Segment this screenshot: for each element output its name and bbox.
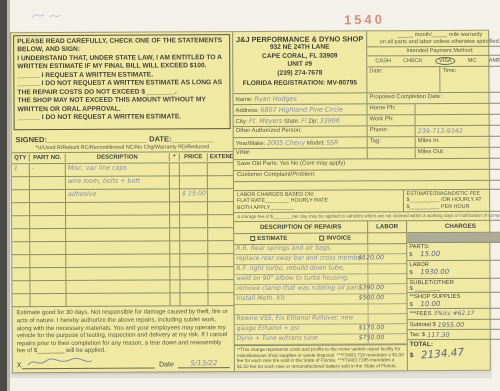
date-time-row: Date: Time:	[367, 67, 500, 93]
customer-state: Fl	[301, 117, 306, 125]
home-ph-label: Home Ph:	[367, 104, 415, 114]
price-cell: $ 15.00	[180, 190, 208, 202]
address-label: Address:	[236, 108, 259, 114]
total-dollar-sign: $	[410, 352, 414, 359]
partno-cell: -	[30, 164, 66, 176]
table-row	[12, 216, 233, 230]
shop-name: J&J PERFORMANCE & DYNO SHOP	[233, 34, 366, 44]
vin-label: VIN#:	[234, 148, 368, 159]
table-row: wire loom, bolts + batt	[12, 177, 233, 191]
pencil-mark	[30, 8, 64, 22]
miles-out-label: Miles Out:	[416, 148, 500, 159]
fees-box: ***FEES 3%/cc #62.17	[408, 309, 500, 321]
partno-cell	[30, 190, 66, 202]
extend-header: EXTEND	[208, 154, 233, 162]
shaded-bar	[407, 233, 500, 244]
warranty-block: _____ month/_____ mile warranty on all p…	[367, 31, 500, 93]
charges-column: CHARGES PARTS: $ 15.00 LABOR $ 1930.00 S…	[407, 221, 500, 371]
charges-header: CHARGES	[407, 221, 500, 234]
partno-cell	[30, 177, 66, 189]
notice-line: ______ I DO NOT REQUEST A WRITTEN ESTIMA…	[17, 79, 226, 97]
description-cell: Misc. vac line caps	[66, 164, 170, 177]
signed-label: SIGNED:________________________	[16, 134, 147, 144]
work-ph-value	[416, 115, 500, 126]
table-row	[12, 294, 233, 308]
table-row	[12, 203, 233, 217]
proposed-completion-label: Proposed Completion Date:	[367, 93, 500, 104]
date-field: Date:	[367, 67, 439, 92]
table-row	[12, 242, 233, 256]
pay-amex: AMEX	[489, 58, 500, 64]
both-apply-line: BOTH APPLY________	[237, 204, 400, 211]
subtotal-value: 1955.00	[438, 320, 464, 328]
model-value: SSR	[326, 139, 338, 147]
repair-text: weld on 90° elbow to turbo housing,	[234, 274, 368, 284]
invoice-label: INVOICE	[326, 236, 351, 242]
total-value: 2134.47	[421, 346, 465, 361]
stamp-number: 1540	[344, 12, 385, 28]
table-row	[12, 281, 233, 295]
signature-scribble	[25, 356, 95, 368]
shop-header: J&J PERFORMANCE & DYNO SHOP 932 NE 24TH …	[233, 31, 367, 93]
tax-value: 117.30	[427, 330, 449, 338]
per-hour-line: $__________ PER HOUR	[407, 203, 500, 210]
pay-check: CHECK	[403, 58, 423, 64]
table-row	[12, 255, 233, 269]
customer-city: Ft. Meyers	[249, 117, 282, 125]
labor-column-header: LABOR	[368, 221, 406, 232]
repair-text: R.R. Rear springs and air bags,	[234, 244, 368, 254]
model-label: Model:	[307, 141, 325, 147]
name-label: Name:	[235, 97, 252, 103]
partno-header: PART NO.	[30, 154, 66, 162]
table-row: adhesive $ 15.00	[12, 190, 233, 204]
qty-cell	[12, 178, 30, 190]
invoice-checkbox	[319, 236, 324, 241]
notice-line: THE SHOP MAY NOT EXCEED THIS AMOUNT WITH…	[17, 96, 226, 114]
description-cell: adhesive	[66, 190, 170, 203]
description-header: DESCRIPTION	[66, 154, 170, 163]
price-cell	[180, 177, 208, 189]
zip-label: Zip:	[308, 119, 318, 125]
yearmake-label: Year/Make:	[236, 141, 266, 147]
customer-address: 6807 Highland Pine Circle	[260, 106, 343, 114]
repair-amount: $120.00	[358, 254, 396, 263]
tax-label: Tax: $	[410, 332, 425, 338]
total-label: TOTAL:	[410, 341, 433, 348]
repair-amount: $390.00	[358, 284, 396, 293]
warranty-text: _____ month/_____ mile warranty on all p…	[367, 31, 500, 48]
estimate-label: ESTIMATE	[257, 236, 287, 242]
notice-line: PLEASE READ CAREFULLY, CHECK ONE OF THE …	[17, 37, 226, 55]
miles-in-label: Miles In:	[416, 137, 500, 148]
repair-order-form: PLEASE READ CAREFULLY, CHECK ONE OF THE …	[10, 30, 491, 374]
table-row: 1 - Misc. vac line caps	[12, 164, 233, 178]
time-field: Time:	[440, 67, 500, 92]
signature-line	[21, 357, 155, 370]
notice-line: ______ I DO NOT REQUEST A WRITTEN ESTIMA…	[18, 113, 227, 123]
scanned-document: 1540 PLEASE READ CAREFULLY, CHECK ONE OF…	[0, 0, 500, 391]
repair-text: gauge Ethanol + psi	[235, 324, 369, 334]
repair-amount	[358, 264, 396, 273]
repair-amount	[358, 274, 396, 283]
labor-total: 1930.00	[420, 268, 449, 276]
estimate-invoice-row: ESTIMATE INVOICE	[234, 233, 406, 245]
shop-supplies-box: **SHOP SUPPLIES $ 10.00	[407, 293, 500, 310]
sublet-box: SUBLET/OTHER $ ________	[407, 279, 500, 294]
pay-mc: MC	[468, 58, 477, 64]
yearmake-value: 2005 Chevy	[267, 139, 305, 147]
notice-line: I UNDERSTAND THAT, UNDER STATE LAW, I AM…	[17, 54, 226, 72]
repair-text: Install Meth. Kit	[234, 294, 368, 304]
right-column: J&J PERFORMANCE & DYNO SHOP 932 NE 24TH …	[233, 31, 500, 371]
description-of-repairs-header: DESCRIPTION OF REPAIRS	[234, 221, 368, 233]
extend-cell	[208, 164, 233, 176]
pay-cash: CASH	[375, 58, 391, 64]
tag-label: Tag:	[368, 137, 416, 147]
signed-date-row: SIGNED:________________________ DATE:___…	[12, 131, 233, 146]
repair-amount: $170.00	[359, 324, 397, 333]
labor-total-box: LABOR $ 1930.00	[407, 261, 500, 280]
star-cell	[170, 164, 180, 176]
star-cell	[170, 177, 180, 189]
qty-header: QTY	[12, 155, 30, 163]
state-law-notice: PLEASE READ CAREFULLY, CHECK ONE OF THE …	[13, 34, 230, 130]
statutory-fine-print: **This charge represents costs and profi…	[235, 344, 407, 371]
parts-total: 15.00	[420, 250, 440, 258]
total-box: TOTAL: $ 2134.47	[408, 340, 500, 371]
repair-amount: $500.00	[358, 294, 396, 303]
qty-cell	[12, 191, 30, 203]
repair-text: R.F. right turbo, rebuild down tube,	[234, 264, 368, 274]
date-label: DATE:__________	[149, 134, 213, 144]
scan-shadow	[10, 372, 492, 378]
repair-amount	[359, 304, 397, 313]
left-column: PLEASE READ CAREFULLY, CHECK ONE OF THE …	[11, 32, 235, 372]
work-ph-label: Work Ph:	[368, 115, 416, 125]
pay-visa-circled: VISA	[435, 57, 456, 65]
star-header: *	[170, 154, 180, 162]
price-header: PRICE	[180, 154, 208, 162]
customer-zip: 33966	[320, 117, 340, 125]
fees-value: 3%/cc #62.17	[433, 311, 474, 317]
home-ph-value	[415, 104, 500, 115]
labor-charges-band: LABOR CHARGES BASED ON: FLAT RATE_______…	[234, 190, 500, 213]
repair-amount: $750.00	[359, 334, 397, 343]
sig-date-value: 5/13/22	[178, 359, 230, 368]
shop-registration: FLORIDA REGISTRATION: MV-80795	[233, 79, 366, 87]
customer-name: Ryan Hodges	[254, 95, 296, 103]
city-label: City:	[236, 119, 248, 125]
sig-date-label: Date	[159, 361, 174, 368]
vin-spacer	[368, 148, 416, 158]
repair-text: Dyno + Tune w/trans tune	[235, 334, 369, 344]
estimate-checkbox	[250, 236, 255, 241]
price-cell	[180, 164, 208, 176]
phone-value: 239-713-9342	[416, 126, 500, 137]
repair-text: replace rear sway bar and cross member	[234, 254, 368, 264]
supplies-total: 10.00	[420, 300, 440, 308]
description-cell: wire loom, bolts + batt	[66, 177, 170, 190]
repair-text: remove clamp that was rubbing oil pan	[234, 284, 368, 294]
repair-amount	[358, 244, 396, 253]
other-authorized-label: Other Authorized Person:	[234, 126, 368, 137]
parts-total-box: PARTS: $ 15.00	[407, 243, 500, 262]
scan-edge	[0, 0, 7, 391]
repair-text	[235, 304, 369, 314]
repair-amount	[359, 314, 397, 323]
extend-cell	[208, 190, 233, 202]
payment-options: CASH CHECK VISA MC AMEX	[367, 56, 500, 68]
subtotal-label: Subtotal $	[410, 322, 436, 328]
table-row	[12, 229, 233, 243]
shop-phone: (239) 274-7678	[233, 69, 366, 78]
phone-label: Phone:	[368, 126, 416, 136]
state-label: State:	[284, 119, 299, 125]
authorization-text: Estimate good for 30 days. Not responsib…	[13, 307, 234, 358]
table-row	[12, 268, 233, 282]
star-cell	[170, 190, 180, 202]
subtotal-box: Subtotal $ 1955.00	[408, 320, 500, 331]
extend-cell	[208, 177, 233, 189]
fees-label: ***FEES	[410, 311, 432, 317]
repairs-section: DESCRIPTION OF REPAIRS LABOR ESTIMATE IN…	[234, 221, 500, 371]
qty-cell: 1	[12, 165, 30, 177]
signature-row: X Date 5/13/22	[13, 356, 234, 372]
warranty-line2: on all parts and labor unless otherwise …	[369, 38, 500, 45]
parts-table: QTY PART NO. DESCRIPTION * PRICE EXTEND …	[12, 153, 234, 308]
tax-box: Tax: $ 117.30	[408, 330, 500, 341]
repair-text: Rewire VSS, Fix Ethanol Rollover, new	[235, 314, 369, 324]
